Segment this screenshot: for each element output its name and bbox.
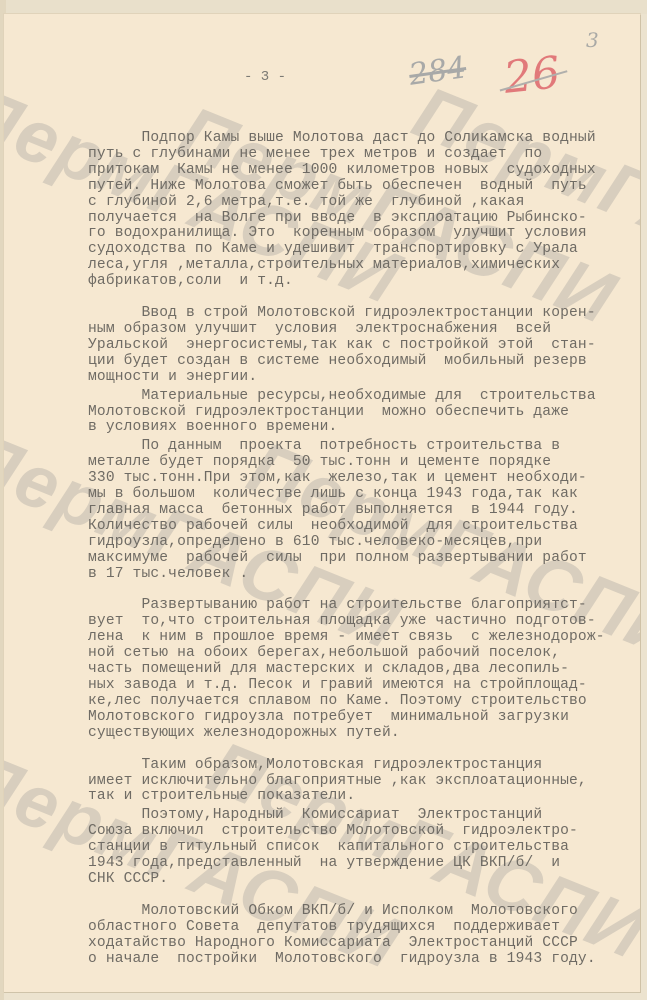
text-line: Материальные ресурсы,необходимые для стр… xyxy=(88,389,640,405)
document-body: Подпор Камы выше Молотова даст до Солика… xyxy=(88,131,640,968)
text-line: притокам Камы не менее 1000 километров н… xyxy=(88,163,640,179)
text-line: ным образом улучшит условия электроснабж… xyxy=(88,322,640,338)
text-line: металле будет порядка 50 тыс.тонн и цеме… xyxy=(88,455,640,471)
text-line: Ввод в строй Молотовской гидроэлектроста… xyxy=(88,306,640,322)
paragraph-site-readiness: Развертыванию работ на строительстве бла… xyxy=(88,598,640,741)
text-line: ных завода и т.д. Песок и гравий имеются… xyxy=(88,678,640,694)
text-line: ходатайство Народного Комиссариата Элект… xyxy=(88,936,640,952)
text-line: гидроузла,определено в 610 тыс.человеко-… xyxy=(88,535,640,551)
document-page: ПермГАСПИ ПермГАСПИ ПермГАСПИ ПермГАСПИ … xyxy=(4,14,640,992)
text-line: леса,угля ,металла,строительных материал… xyxy=(88,258,640,274)
text-line: го водохранилища. Это коренным образом у… xyxy=(88,226,640,242)
text-line: в условиях военного времени. xyxy=(88,420,640,436)
paragraph-material-resources: Материальные ресурсы,необходимые для стр… xyxy=(88,389,640,437)
text-line: часть помещений для мастерских и складов… xyxy=(88,662,640,678)
text-line: существующих железнодорожных путей. xyxy=(88,726,640,742)
text-line: Количество рабочей силы необходимой для … xyxy=(88,519,640,535)
paragraph-conclusion: Таким образом,Молотовская гидроэлектрост… xyxy=(88,758,640,806)
text-line: фабрикатов,соли и т.д. xyxy=(88,274,640,290)
text-line: так и строительные показатели. xyxy=(88,789,640,805)
text-line: лена к ним в прошлое время - имеет связь… xyxy=(88,630,640,646)
text-line: ции будет создан в системе необходимый м… xyxy=(88,354,640,370)
paragraph-project-needs: По данным проекта потребность строительс… xyxy=(88,439,640,582)
text-line: Подпор Камы выше Молотова даст до Солика… xyxy=(88,131,640,147)
text-line: 1943 года,представленный на утверждение … xyxy=(88,856,640,872)
archive-number-red: 26 xyxy=(501,47,562,104)
text-line: в 17 тыс.человек . xyxy=(88,567,640,583)
text-line: По данным проекта потребность строительс… xyxy=(88,439,640,455)
text-line: Союза включил строительство Молотовской … xyxy=(88,824,640,840)
text-line: Молотовский Обком ВКП/б/ и Исполком Моло… xyxy=(88,904,640,920)
text-line: Молотовской гидроэлектростанции можно об… xyxy=(88,405,640,421)
text-line: ной сетью на обоих берегах,небольшой раб… xyxy=(88,646,640,662)
text-line: Поэтому,Народный Комиссариат Электростан… xyxy=(88,808,640,824)
text-line: Развертыванию работ на строительстве бла… xyxy=(88,598,640,614)
paragraph-kama-navigation: Подпор Камы выше Молотова даст до Солика… xyxy=(88,131,640,290)
scan-backdrop-bottom xyxy=(4,992,640,1000)
text-line: Уральской энергосистемы,так как с постро… xyxy=(88,338,640,354)
text-line: мы в большом количестве лишь с конца 194… xyxy=(88,487,640,503)
paragraph-obkom-support: Молотовский Обком ВКП/б/ и Исполком Моло… xyxy=(88,904,640,968)
text-line: Таким образом,Молотовская гидроэлектрост… xyxy=(88,758,640,774)
text-line: ке,лес получается сплавом по Каме. Поэто… xyxy=(88,694,640,710)
text-line: мощности и энергии. xyxy=(88,370,640,386)
text-line: станции в титульный список капитального … xyxy=(88,840,640,856)
scan-backdrop-top xyxy=(0,0,647,14)
text-line: путей. Ниже Молотова сможет быть обеспеч… xyxy=(88,179,640,195)
text-line: главная масса бетонных работ выполняется… xyxy=(88,503,640,519)
text-line: СНК СССР. xyxy=(88,872,640,888)
paragraph-commissariat: Поэтому,Народный Комиссариат Электростан… xyxy=(88,808,640,888)
paragraph-power-supply: Ввод в строй Молотовской гидроэлектроста… xyxy=(88,306,640,386)
archive-number-superscript: 3 xyxy=(586,28,599,52)
page-number: - 3 - xyxy=(244,69,286,85)
archive-number-crossed: 284 xyxy=(407,50,469,93)
text-line: 330 тыс.тонн.При этом,как железо,так и ц… xyxy=(88,471,640,487)
text-line: о начале постройки Молотовского гидроузл… xyxy=(88,952,640,968)
text-line: имеет исключительно благоприятные ,как э… xyxy=(88,774,640,790)
text-line: судоходства по Каме и удешивит транспорт… xyxy=(88,242,640,258)
text-line: путь с глубинами не менее трех метров и … xyxy=(88,147,640,163)
text-line: Молотовского гидроузла потребует минимал… xyxy=(88,710,640,726)
text-line: вует то,что строительная площадка уже ча… xyxy=(88,614,640,630)
text-line: максимуме рабочей силы при полном развер… xyxy=(88,551,640,567)
text-line: областного Совета депутатов трудящихся п… xyxy=(88,920,640,936)
text-line: с глубиной 2,6 метра,т.е. той же глубино… xyxy=(88,195,640,211)
